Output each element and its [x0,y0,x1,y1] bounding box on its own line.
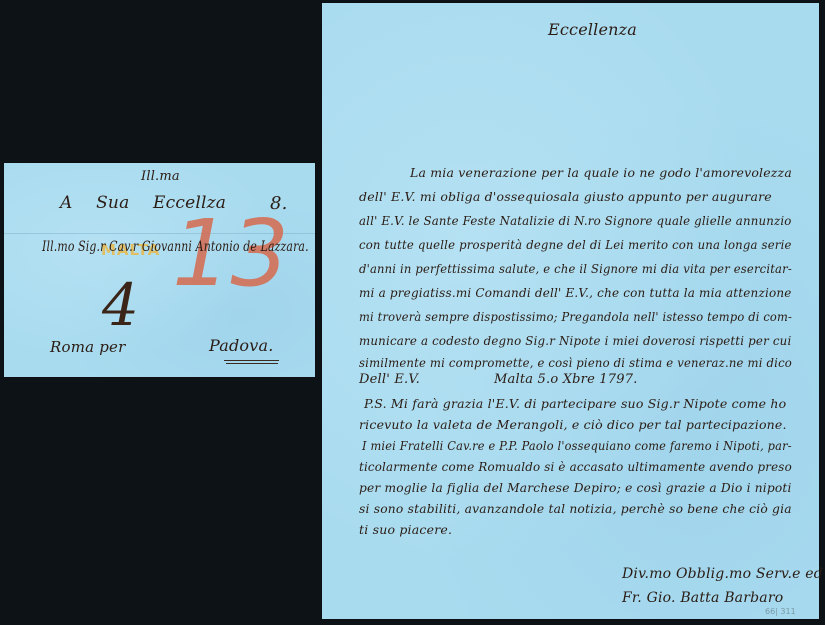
signature-name: Fr. Gio. Batta Barbaro [622,590,783,606]
letter-date-line: Malta 5.o Xbre 1797. [494,372,638,387]
letter-salutation: Eccellenza [548,20,637,39]
postscript-line: si sono stabiliti, avanzandole tal notiz… [359,501,792,516]
letter-body-line: d'anni in perfettissima salute, e che il… [359,261,792,276]
postscript-line: P.S. Mi farà grazia l'E.V. di partecipar… [364,396,786,411]
letter-body-line: all' E.V. le Sante Feste Natalizie di N.… [359,213,792,228]
archive-pencil-mark: 66| 311 [765,607,796,616]
folded-letter-envelope: Ill.ma A Sua Eccellza 8. MALTA 13 Ill.mo… [4,163,315,377]
postscript-line: per moglie la figlia del Marchese Depiro… [359,480,792,495]
envelope-superscript: Ill.ma [141,169,180,184]
destination-underline [226,363,278,364]
letter-closing: Dell' E.V. [359,372,420,387]
letter-body-line: similmente mi compromette, e così pieno … [359,355,792,370]
destination-underline [224,360,279,361]
letter-body-line: dell' E.V. mi obliga d'ossequiosala gius… [359,189,772,204]
postscript-line: I miei Fratelli Cav.re e P.P. Paolo l'os… [362,438,792,453]
envelope-origin-note: Roma per [50,338,126,356]
letter-body-line: con tutte quelle prosperità degne del di… [359,237,792,252]
letter-body-line: mi troverà sempre dispostissimo; Pregand… [359,309,792,324]
letter-body-line: La mia venerazione per la quale io ne go… [410,165,792,180]
handwritten-letter: Eccellenza La mia venerazione per la qua… [322,3,819,619]
letter-body-line: municare a codesto degno Sig.r Nipote i … [359,333,791,348]
postscript-line: ti suo piacere. [359,522,452,537]
envelope-destination: Padova. [209,336,274,355]
postscript-line: ticolarmente come Romualdo si è accasato… [359,459,792,474]
envelope-address-line2: Ill.mo Sig.r Cav.r Giovanni Antonio de L… [42,239,309,255]
signature-valediction: Div.mo Obblig.mo Serv.e ed am.o [622,566,825,582]
manuscript-rate-numeral: 4 [102,271,139,339]
letter-body-line: mi a pregiatiss.mi Comandi dell' E.V., c… [359,285,792,300]
postscript-line: ricevuto la valeta de Merangoli, e ciò d… [359,417,787,432]
